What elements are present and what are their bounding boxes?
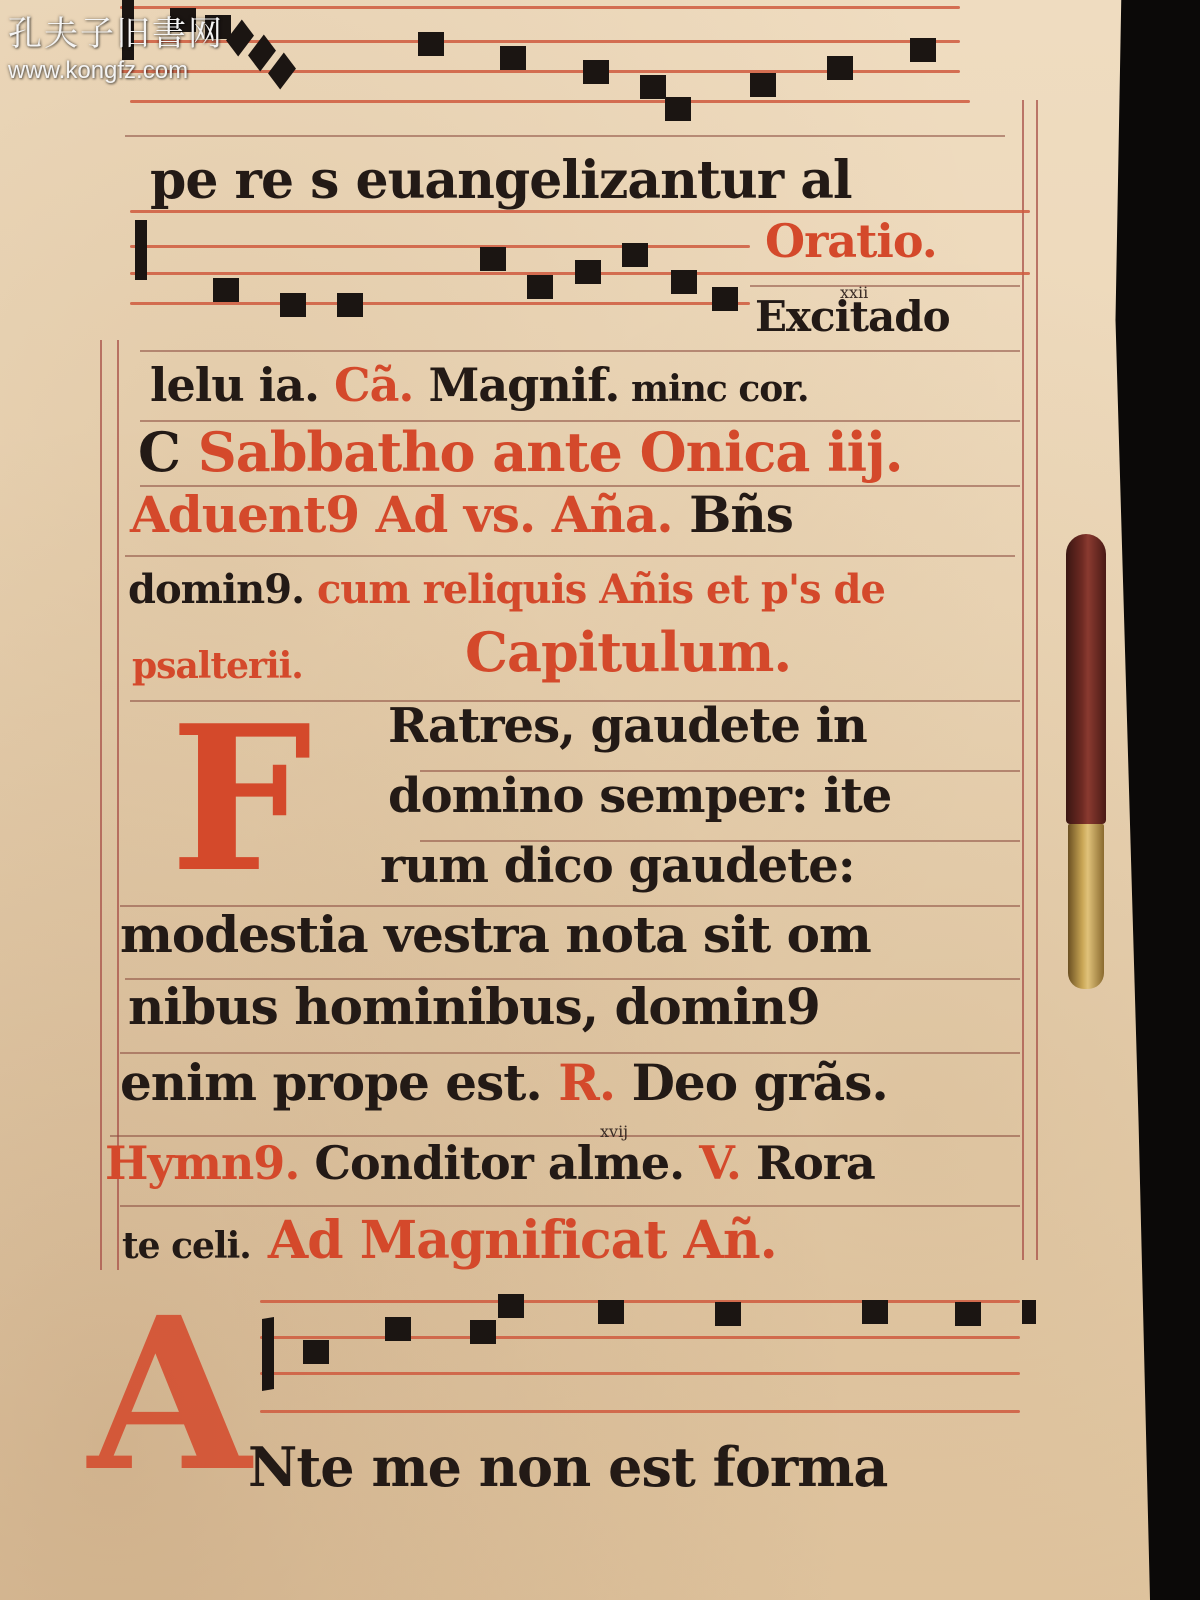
text-segment: cum reliquis Añis et p's de <box>304 566 885 613</box>
text-line-ante-me: Nte me non est forma <box>248 1440 887 1494</box>
chant-note <box>665 97 691 121</box>
chant-note <box>827 56 853 80</box>
text-segment: modestia vestra nota sit om <box>120 905 871 964</box>
illuminated-initial-a: A <box>88 1290 251 1500</box>
text-segment: nibus hominibus, domin9 <box>128 977 820 1036</box>
chant-note <box>955 1302 981 1326</box>
chant-note <box>303 1340 329 1364</box>
margin-rule-right-outer <box>1036 100 1038 1260</box>
text-segment: Sabbatho ante Onica iij. <box>180 420 903 484</box>
chant-note <box>418 32 444 56</box>
text-segment: Bñs <box>673 485 793 544</box>
chant-note <box>575 260 601 284</box>
manuscript-leaf: pe re s euangelizantur al Oratio. xxii E… <box>0 0 1150 1600</box>
fountain-pen <box>1066 534 1106 989</box>
text-segment: Oratio. <box>765 214 937 268</box>
chant-note <box>470 1320 496 1344</box>
text-line-dominus: domin9. cum reliquis Añis et p's de <box>128 570 885 610</box>
chant-note <box>527 275 553 299</box>
text-line-1: pe re s euangelizantur al <box>150 155 852 207</box>
text-segment: Deo grãs. <box>615 1053 888 1112</box>
chant-note <box>280 293 306 317</box>
text-line-te-celi: te celi. Ad Magnificat Añ. <box>122 1215 777 1267</box>
chant-note <box>715 1302 741 1326</box>
text-segment: Excitado <box>755 292 950 341</box>
text-line-modestia: modestia vestra nota sit om <box>120 910 871 960</box>
text-segment: te celi. <box>122 1225 251 1267</box>
watermark: 孔夫子旧書网 www.kongfz.com <box>8 6 224 85</box>
text-segment: lelu ia. <box>150 358 319 412</box>
margin-rule-left-outer <box>100 340 102 1270</box>
text-segment: Rora <box>741 1136 875 1190</box>
text-line-excitado: Excitado <box>755 296 950 338</box>
chant-note <box>500 46 526 70</box>
chant-note <box>385 1317 411 1341</box>
response-mark: R. <box>542 1053 615 1112</box>
text-line-domino-semper: domino semper: ite <box>388 772 891 820</box>
text-line-hymnus: Hymn9. Conditor alme. V. Rora <box>105 1140 875 1186</box>
chant-note <box>750 73 776 97</box>
text-segment: Hymn9. <box>105 1136 299 1190</box>
text-segment: enim prope est. <box>120 1053 542 1112</box>
chant-note <box>671 270 697 294</box>
versicle-mark: V. <box>684 1136 741 1190</box>
text-segment: domino semper: ite <box>388 768 891 824</box>
chant-note <box>862 1300 888 1324</box>
text-line-fratres: Ratres, gaudete in <box>388 702 867 750</box>
pen-cap <box>1068 824 1104 989</box>
chant-note <box>1022 1300 1036 1324</box>
text-segment: Ad Magnificat Añ. <box>251 1210 777 1271</box>
chant-note <box>622 243 648 267</box>
text-line-alleluia: lelu ia. Cã. Magnif. minc cor. <box>150 362 809 408</box>
text-segment: Nte me non est forma <box>248 1435 887 1499</box>
text-segment: Conditor alme. <box>299 1136 684 1190</box>
chant-note <box>640 75 666 99</box>
text-line-sabbatho: C Sabbatho ante Onica iij. <box>138 425 903 479</box>
text-segment: Cã. <box>319 358 413 412</box>
margin-rule-left-inner <box>117 340 119 1270</box>
text-segment: domin9. <box>128 566 304 613</box>
rubric-oratio: Oratio. <box>765 218 937 264</box>
text-segment: psalterii. <box>132 645 303 687</box>
chant-note <box>268 52 296 89</box>
paragraph-mark: C <box>138 420 180 484</box>
watermark-url: www.kongfz.com <box>8 57 224 85</box>
text-segment: pe re s euangelizantur al <box>150 150 852 211</box>
text-line-iterum: rum dico gaudete: <box>380 842 855 890</box>
chant-note <box>480 247 506 271</box>
text-segment: rum dico gaudete: <box>380 838 855 894</box>
text-line-enim-prope: enim prope est. R. Deo grãs. <box>120 1058 888 1108</box>
text-segment: Magnif. <box>413 358 619 412</box>
text-segment: Capitulum. <box>465 620 791 684</box>
chant-note <box>712 287 738 311</box>
heading-capitulum: Capitulum. <box>465 625 791 679</box>
watermark-site-name: 孔夫子旧書网 <box>8 6 224 55</box>
clef-icon <box>262 1317 274 1391</box>
text-segment: minc cor. <box>619 368 808 410</box>
text-segment: Ratres, gaudete in <box>388 698 867 754</box>
text-line-aduentus: Aduent9 Ad vs. Aña. Bñs <box>130 490 793 540</box>
chant-note <box>337 293 363 317</box>
text-line-psalterii: psalterii. <box>132 648 303 684</box>
chant-note <box>598 1300 624 1324</box>
clef-icon <box>135 220 147 280</box>
chant-note <box>910 38 936 62</box>
text-line-omnibus: nibus hominibus, domin9 <box>128 982 820 1032</box>
chant-note <box>213 278 239 302</box>
illuminated-initial-f: F <box>170 700 312 900</box>
text-segment: Aduent9 Ad vs. Aña. <box>130 485 673 544</box>
pen-barrel <box>1066 534 1106 824</box>
chant-note <box>583 60 609 84</box>
chant-note <box>498 1294 524 1318</box>
